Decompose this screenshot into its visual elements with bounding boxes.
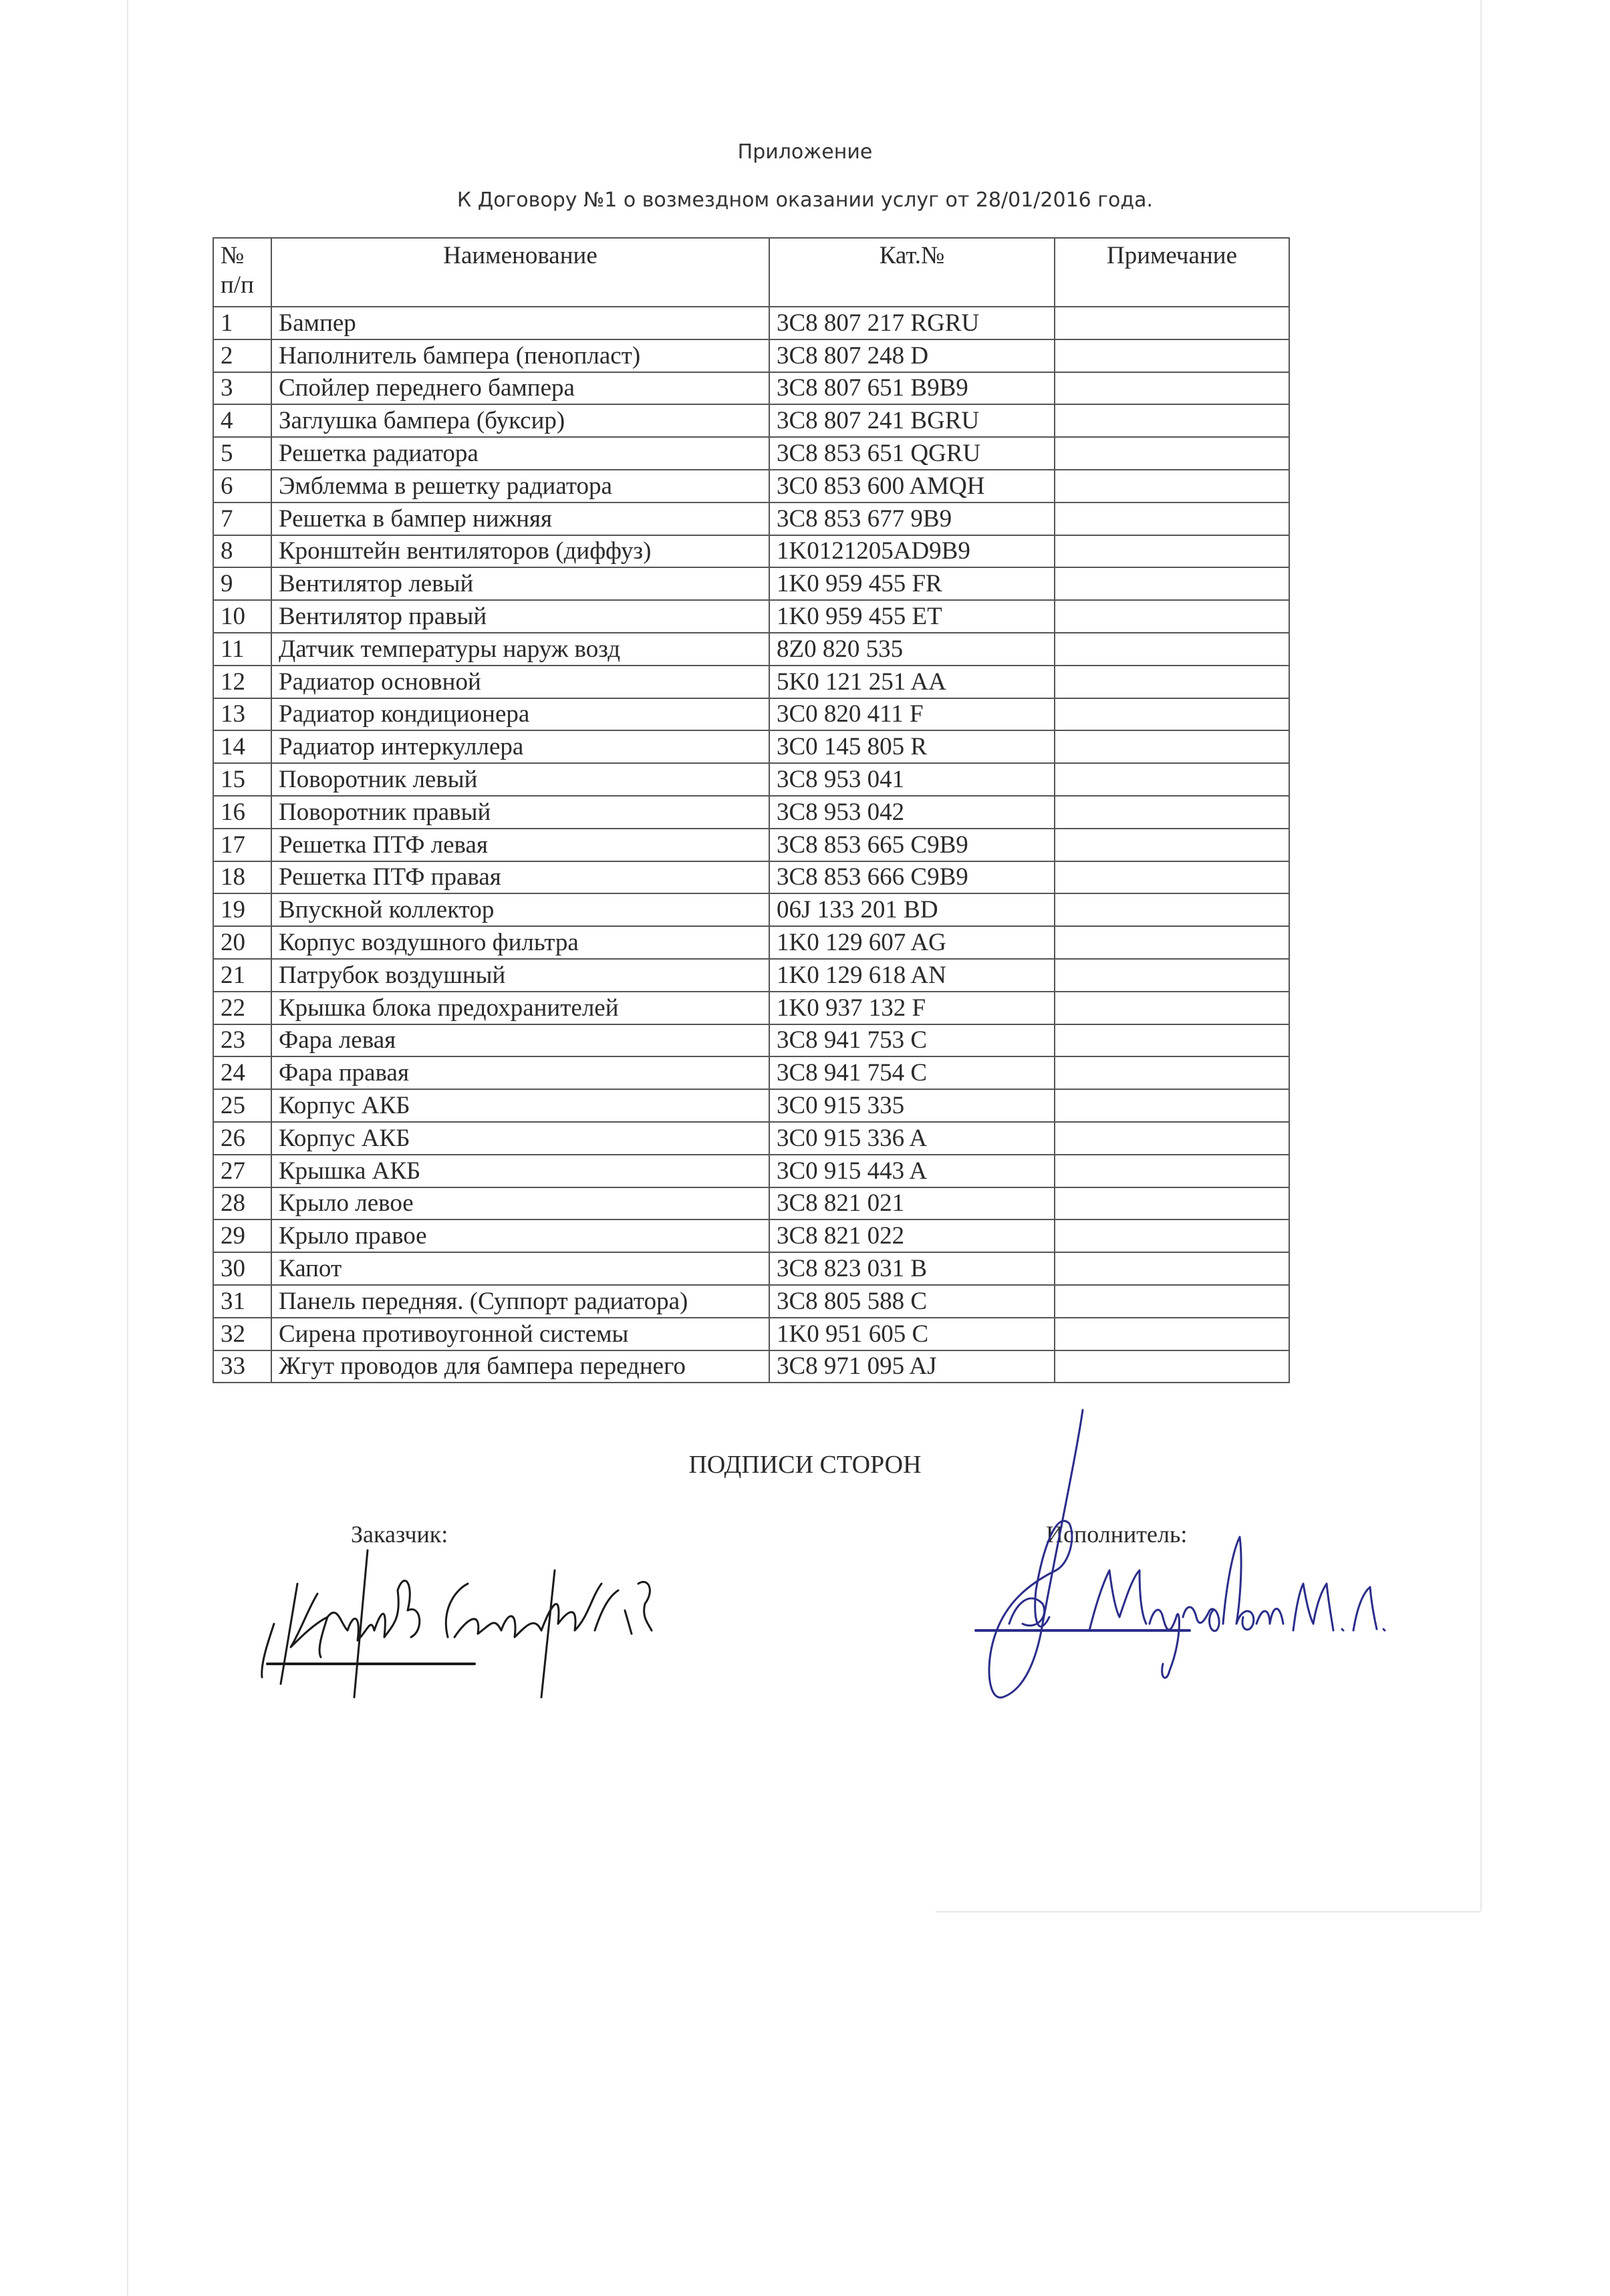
cell-name: Жгут проводов для бампера переднего [271, 1350, 769, 1383]
cell-catalog: 3C0 820 411 F [769, 698, 1055, 731]
cell-catalog: 1K0 959 455 FR [769, 567, 1055, 600]
table-row: 10Вентилятор правый1K0 959 455 ET [213, 600, 1289, 633]
cell-note [1055, 861, 1289, 894]
cell-name: Решетка ПТФ правая [271, 861, 769, 894]
cell-name: Впускной коллектор [271, 893, 769, 926]
table-row: 22Крышка блока предохранителей1K0 937 13… [213, 992, 1289, 1024]
cell-catalog: 1K0 951 605 C [769, 1318, 1055, 1350]
cell-catalog: 1K0 959 455 ET [769, 600, 1055, 633]
header-note: Примечание [1055, 238, 1289, 307]
table-row: 28Крыло левое3C8 821 021 [213, 1187, 1289, 1220]
cell-name: Фара левая [271, 1024, 769, 1057]
cell-num: 21 [213, 959, 271, 992]
cell-catalog: 3C8 941 753 C [769, 1024, 1055, 1057]
cell-num: 26 [213, 1122, 271, 1155]
cell-name: Крыло левое [271, 1187, 769, 1220]
cell-name: Решетка в бампер нижняя [271, 503, 769, 535]
table-row: 31Панель передняя. (Суппорт радиатора)3C… [213, 1285, 1289, 1318]
cell-note [1055, 470, 1289, 503]
cell-catalog: 1K0 129 618 AN [769, 959, 1055, 992]
table-row: 24Фара правая3C8 941 754 C [213, 1056, 1289, 1089]
cell-note [1055, 1350, 1289, 1383]
table-row: 14Радиатор интеркуллера3C0 145 805 R [213, 730, 1289, 763]
header-num: № п/п [213, 238, 271, 307]
cell-num: 20 [213, 926, 271, 959]
cell-note [1055, 437, 1289, 470]
cell-catalog: 3C8 953 042 [769, 796, 1055, 829]
cell-name: Решетка ПТФ левая [271, 829, 769, 861]
table-header-row: № п/п Наименование Кат.№ Примечание [213, 238, 1289, 307]
cell-catalog: 3C8 823 031 B [769, 1252, 1055, 1285]
table-row: 23Фара левая3C8 941 753 C [213, 1024, 1289, 1057]
scan-edge-left [127, 0, 128, 2296]
cell-catalog: 3C8 821 021 [769, 1187, 1055, 1220]
cell-num: 33 [213, 1350, 271, 1383]
cell-name: Сирена противоугонной системы [271, 1318, 769, 1350]
table-row: 9Вентилятор левый1K0 959 455 FR [213, 567, 1289, 600]
cell-catalog: 06J 133 201 BD [769, 893, 1055, 926]
table-row: 26Корпус АКБ3C0 915 336 A [213, 1122, 1289, 1155]
table-row: 33Жгут проводов для бампера переднего3C8… [213, 1350, 1289, 1383]
cell-note [1055, 1285, 1289, 1318]
table-row: 11Датчик температуры наруж возд8Z0 820 5… [213, 633, 1289, 666]
table-row: 17Решетка ПТФ левая3C8 853 665 C9B9 [213, 829, 1289, 861]
cell-name: Крыло правое [271, 1219, 769, 1252]
cell-name: Датчик температуры наруж возд [271, 633, 769, 666]
cell-catalog: 3C0 915 335 [769, 1089, 1055, 1122]
cell-note [1055, 503, 1289, 535]
cell-note [1055, 633, 1289, 666]
table-row: 21Патрубок воздушный1K0 129 618 AN [213, 959, 1289, 992]
cell-note [1055, 1089, 1289, 1122]
cell-catalog: 3C0 915 336 A [769, 1122, 1055, 1155]
cell-catalog: 3C8 807 248 D [769, 339, 1055, 372]
cell-note [1055, 959, 1289, 992]
cell-catalog: 8Z0 820 535 [769, 633, 1055, 666]
cell-catalog: 1K0 129 607 AG [769, 926, 1055, 959]
scan-edge-right [1480, 0, 1482, 1911]
table-row: 8Кронштейн вентиляторов (диффуз)1K012120… [213, 535, 1289, 568]
cell-note [1055, 535, 1289, 568]
cell-num: 11 [213, 633, 271, 666]
cell-name: Корпус АКБ [271, 1122, 769, 1155]
table-row: 13Радиатор кондиционера3C0 820 411 F [213, 698, 1289, 731]
cell-note [1055, 1252, 1289, 1285]
cell-catalog: 1K0 937 132 F [769, 992, 1055, 1024]
cell-catalog: 3C0 915 443 A [769, 1155, 1055, 1187]
cell-num: 29 [213, 1219, 271, 1252]
table-row: 25Корпус АКБ3C0 915 335 [213, 1089, 1289, 1122]
table-row: 6Эмблемма в решетку радиатора3C0 853 600… [213, 470, 1289, 503]
table-row: 1Бампер3C8 807 217 RGRU [213, 307, 1289, 339]
cell-num: 14 [213, 730, 271, 763]
cell-note [1055, 796, 1289, 829]
cell-name: Кронштейн вентиляторов (диффуз) [271, 535, 769, 568]
cell-name: Спойлер переднего бампера [271, 372, 769, 405]
cell-catalog: 3C8 971 095 AJ [769, 1350, 1055, 1383]
cell-name: Радиатор интеркуллера [271, 730, 769, 763]
cell-num: 32 [213, 1318, 271, 1350]
cell-name: Патрубок воздушный [271, 959, 769, 992]
cell-catalog: 3C8 941 754 C [769, 1056, 1055, 1089]
cell-num: 1 [213, 307, 271, 339]
cell-num: 25 [213, 1089, 271, 1122]
cell-name: Фара правая [271, 1056, 769, 1089]
scan-edge-bottom [936, 1911, 1480, 1912]
cell-catalog: 3C0 145 805 R [769, 730, 1055, 763]
table-row: 29Крыло правое3C8 821 022 [213, 1219, 1289, 1252]
cell-note [1055, 339, 1289, 372]
table-row: 5Решетка радиатора3C8 853 651 QGRU [213, 437, 1289, 470]
cell-num: 28 [213, 1187, 271, 1220]
cell-note [1055, 1318, 1289, 1350]
cell-num: 8 [213, 535, 271, 568]
cell-name: Бампер [271, 307, 769, 339]
cell-num: 4 [213, 404, 271, 437]
cell-name: Радиатор кондиционера [271, 698, 769, 731]
cell-num: 30 [213, 1252, 271, 1285]
cell-catalog: 3C8 853 651 QGRU [769, 437, 1055, 470]
customer-signature [254, 1530, 668, 1691]
cell-note [1055, 992, 1289, 1024]
cell-catalog: 5K0 121 251 AA [769, 666, 1055, 698]
cell-catalog: 3C8 805 588 C [769, 1285, 1055, 1318]
parts-table: № п/п Наименование Кат.№ Примечание 1Бам… [213, 237, 1290, 1383]
cell-num: 31 [213, 1285, 271, 1318]
cell-note [1055, 829, 1289, 861]
table-row: 7Решетка в бампер нижняя3C8 853 677 9B9 [213, 503, 1289, 535]
cell-note [1055, 307, 1289, 339]
cell-note [1055, 666, 1289, 698]
cell-note [1055, 763, 1289, 796]
cell-name: Эмблемма в решетку радиатора [271, 470, 769, 503]
cell-name: Решетка радиатора [271, 437, 769, 470]
cell-num: 16 [213, 796, 271, 829]
cell-catalog: 1K0121205AD9B9 [769, 535, 1055, 568]
cell-num: 23 [213, 1024, 271, 1057]
executor-signature [976, 1403, 1403, 1711]
cell-name: Панель передняя. (Суппорт радиатора) [271, 1285, 769, 1318]
cell-catalog: 3C8 953 041 [769, 763, 1055, 796]
appendix-title: Приложение [0, 140, 1610, 164]
cell-num: 5 [213, 437, 271, 470]
cell-note [1055, 926, 1289, 959]
cell-catalog: 3C8 853 666 C9B9 [769, 861, 1055, 894]
cell-name: Поворотник левый [271, 763, 769, 796]
cell-note [1055, 1056, 1289, 1089]
cell-name: Капот [271, 1252, 769, 1285]
cell-catalog: 3C8 853 677 9B9 [769, 503, 1055, 535]
cell-note [1055, 372, 1289, 405]
cell-note [1055, 1122, 1289, 1155]
cell-name: Радиатор основной [271, 666, 769, 698]
table-row: 27Крышка АКБ3C0 915 443 A [213, 1155, 1289, 1187]
table-row: 12Радиатор основной5K0 121 251 AA [213, 666, 1289, 698]
cell-note [1055, 404, 1289, 437]
cell-catalog: 3C8 807 651 B9B9 [769, 372, 1055, 405]
cell-num: 7 [213, 503, 271, 535]
cell-note [1055, 1024, 1289, 1057]
cell-catalog: 3C8 807 241 BGRU [769, 404, 1055, 437]
table-row: 15Поворотник левый3C8 953 041 [213, 763, 1289, 796]
table-row: 3Спойлер переднего бампера3C8 807 651 B9… [213, 372, 1289, 405]
cell-num: 17 [213, 829, 271, 861]
cell-name: Заглушка бампера (буксир) [271, 404, 769, 437]
cell-num: 15 [213, 763, 271, 796]
cell-name: Корпус АКБ [271, 1089, 769, 1122]
cell-name: Корпус воздушного фильтра [271, 926, 769, 959]
cell-num: 19 [213, 893, 271, 926]
cell-num: 3 [213, 372, 271, 405]
table-row: 32Сирена противоугонной системы1K0 951 6… [213, 1318, 1289, 1350]
cell-catalog: 3C0 853 600 AMQH [769, 470, 1055, 503]
cell-num: 13 [213, 698, 271, 731]
cell-note [1055, 1155, 1289, 1187]
cell-name: Поворотник правый [271, 796, 769, 829]
cell-num: 12 [213, 666, 271, 698]
cell-note [1055, 1219, 1289, 1252]
table-row: 4Заглушка бампера (буксир)3C8 807 241 BG… [213, 404, 1289, 437]
cell-num: 24 [213, 1056, 271, 1089]
table-row: 18Решетка ПТФ правая3C8 853 666 C9B9 [213, 861, 1289, 894]
table-row: 30Капот3C8 823 031 B [213, 1252, 1289, 1285]
cell-note [1055, 567, 1289, 600]
cell-note [1055, 893, 1289, 926]
cell-note [1055, 600, 1289, 633]
table-row: 20Корпус воздушного фильтра1K0 129 607 A… [213, 926, 1289, 959]
cell-name: Крышка АКБ [271, 1155, 769, 1187]
cell-note [1055, 730, 1289, 763]
cell-name: Наполнитель бампера (пенопласт) [271, 339, 769, 372]
cell-catalog: 3C8 807 217 RGRU [769, 307, 1055, 339]
header-name: Наименование [271, 238, 769, 307]
cell-name: Вентилятор левый [271, 567, 769, 600]
table-row: 16Поворотник правый3C8 953 042 [213, 796, 1289, 829]
cell-num: 6 [213, 470, 271, 503]
cell-note [1055, 1187, 1289, 1220]
cell-name: Крышка блока предохранителей [271, 992, 769, 1024]
cell-num: 18 [213, 861, 271, 894]
cell-num: 10 [213, 600, 271, 633]
cell-name: Вентилятор правый [271, 600, 769, 633]
cell-catalog: 3C8 853 665 C9B9 [769, 829, 1055, 861]
cell-num: 27 [213, 1155, 271, 1187]
table-row: 2Наполнитель бампера (пенопласт)3C8 807 … [213, 339, 1289, 372]
cell-num: 2 [213, 339, 271, 372]
table-row: 19Впускной коллектор06J 133 201 BD [213, 893, 1289, 926]
contract-subtitle: К Договору №1 о возмездном оказании услу… [0, 188, 1610, 212]
cell-num: 22 [213, 992, 271, 1024]
cell-catalog: 3C8 821 022 [769, 1219, 1055, 1252]
cell-note [1055, 698, 1289, 731]
cell-num: 9 [213, 567, 271, 600]
header-catalog: Кат.№ [769, 238, 1055, 307]
